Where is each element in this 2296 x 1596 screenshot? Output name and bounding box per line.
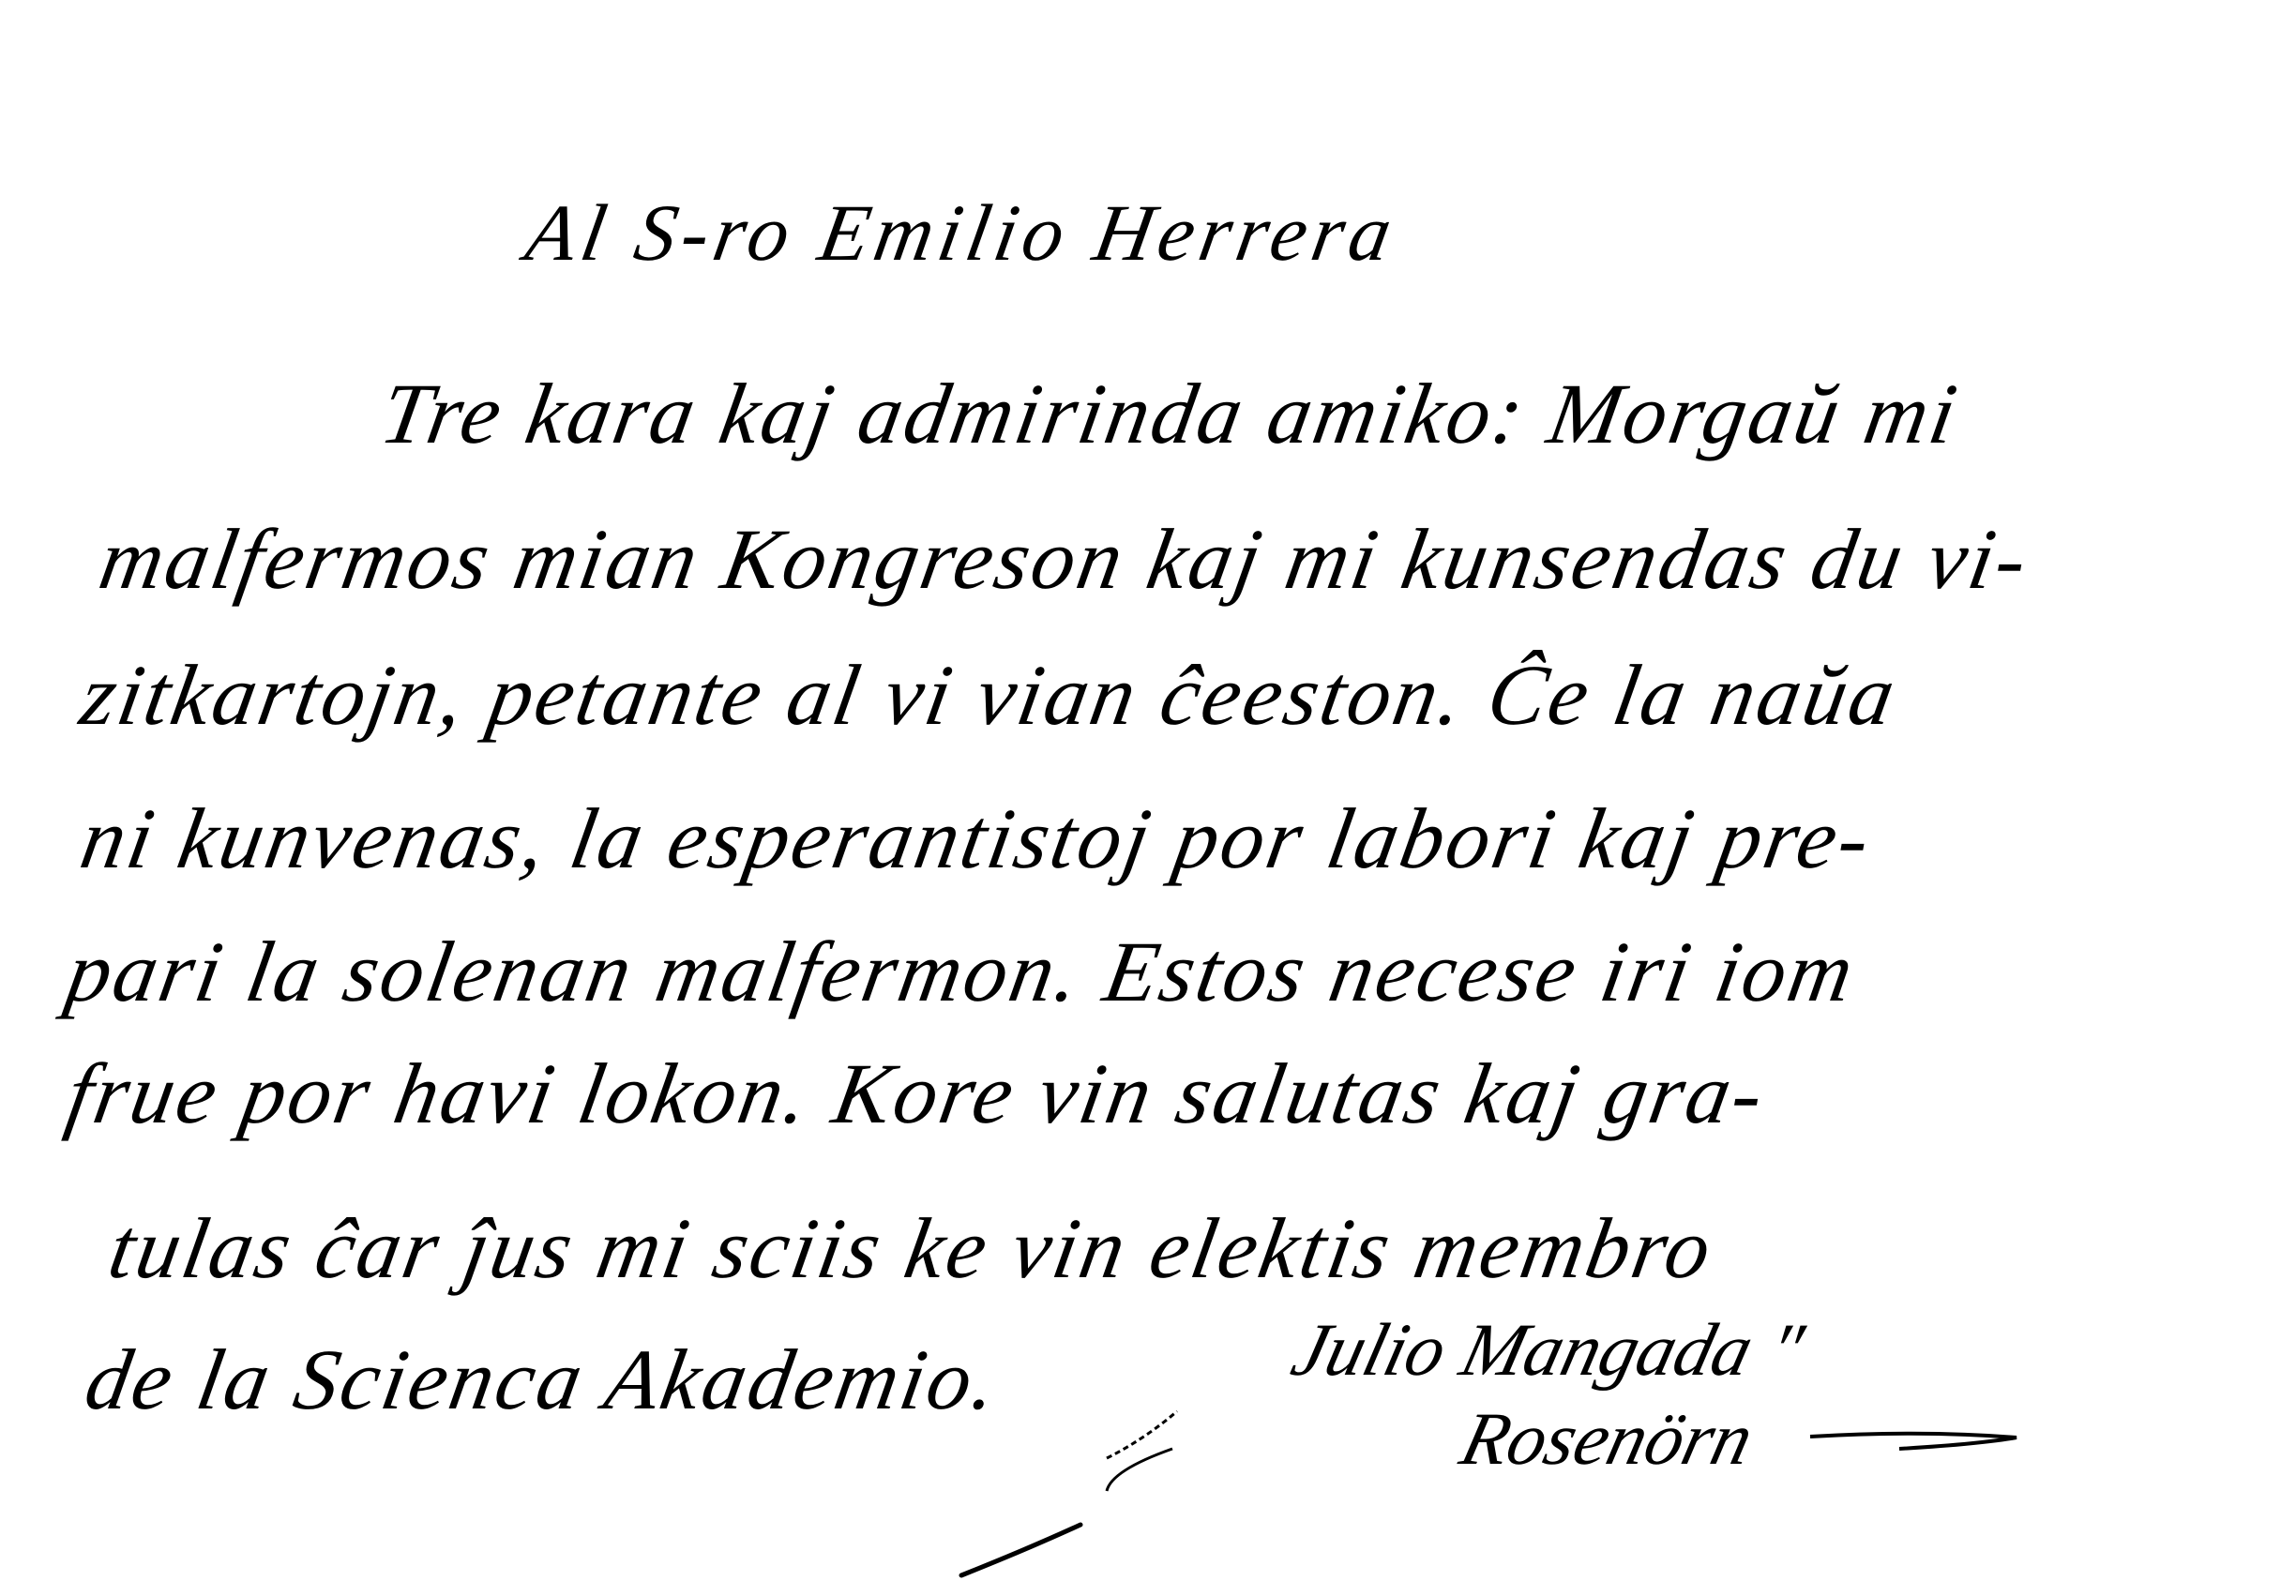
signature-underline-flourish [1810, 1434, 2017, 1449]
pen-curve-stroke [1107, 1449, 1172, 1491]
signature-name: Julio Mangada " [1284, 1308, 1812, 1393]
letter-line: Tre kara kaj admirinda amiko: Morgaŭ mi [375, 370, 1965, 457]
signature-alias: Rosenörn [1453, 1397, 1761, 1483]
letter-line: zitkartojn, petante al vi vian ĉeeston. … [75, 652, 1904, 738]
letter-page: Al S-ro Emilio Herrera Tre kara kaj admi… [0, 0, 2296, 1596]
letter-line: pari la solenan malfermon. Estos necese … [61, 928, 1862, 1015]
pen-diagonal-stroke [1107, 1411, 1177, 1458]
letter-line: malfermos mian Kongreson kaj mi kunsenda… [94, 516, 2036, 602]
salutation: Al S-ro Emilio Herrera [521, 192, 1403, 273]
letter-line: tulas ĉar ĵus mi sciis ke vin elektis me… [103, 1205, 1720, 1291]
letter-line: ni kunvenas, la esperantistoj por labori… [75, 795, 1879, 881]
bottom-pen-stroke [961, 1525, 1080, 1575]
letter-line: frue por havi lokon. Kore vin salutas ka… [61, 1050, 1773, 1137]
letter-line: de la Scienca Akademio. [80, 1336, 1006, 1423]
